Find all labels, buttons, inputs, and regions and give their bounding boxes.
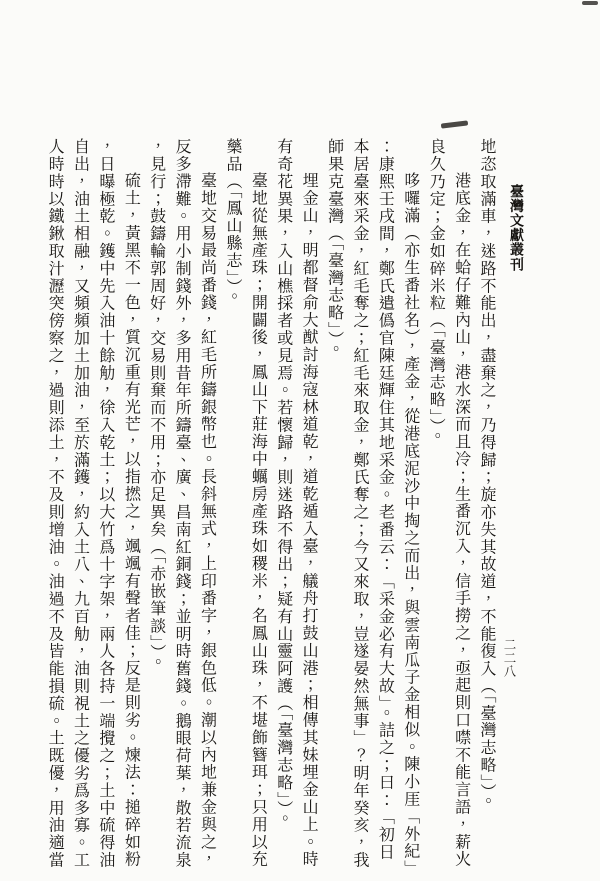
scan-artifact (582, 1, 598, 5)
paragraph: 臺地交易最尚番錢，紅毛所鑄銀幣也。長斜無式，上印番字，銀色低。潮以內地兼金與之，… (144, 138, 220, 870)
paragraph: 硫土，黃黑不一色，質沉重有光芒，以指撚之，颯颯有聲者佳；反是則劣。煉法：搥碎如粉… (43, 138, 145, 870)
book-page: 臺灣文獻叢刊 二二八 地恣取滿車，迷路不能出，盡棄之，乃得歸；旋亦失其故道，不能… (0, 0, 600, 881)
paragraph: 埋金山，明都督俞大猷討海寇林道乾，道乾遁入臺，艤舟打鼓山港；相傳其妹埋金山上。時… (271, 138, 322, 870)
paragraph: 地恣取滿車，迷路不能出，盡棄之，乃得歸；旋亦失其故道，不能復入（「臺灣志略」）。 (475, 138, 500, 870)
body-text: 地恣取滿車，迷路不能出，盡棄之，乃得歸；旋亦失其故道，不能復入（「臺灣志略」）。… (43, 138, 500, 870)
running-title: 臺灣文獻叢刊 (506, 184, 526, 272)
paragraph: 臺地從無產珠；開闢後，鳳山下莊海中蠣房產珠如稷米，名鳳山珠，不堪飾簪珥；只用以充… (221, 138, 272, 870)
page-number: 二二八 (500, 638, 518, 678)
scan-artifact (441, 120, 468, 128)
paragraph: 港底金，在蛤仔難內山，港水深而且冷；生番沉入，信手撈之，亟起則口噤不能言語，薪火… (424, 138, 475, 870)
paragraph: 哆囉滿（亦生番社名），產金，從港底泥沙中掏之而出，與雲南瓜子金相似。陳小厓「外紀… (322, 138, 424, 870)
